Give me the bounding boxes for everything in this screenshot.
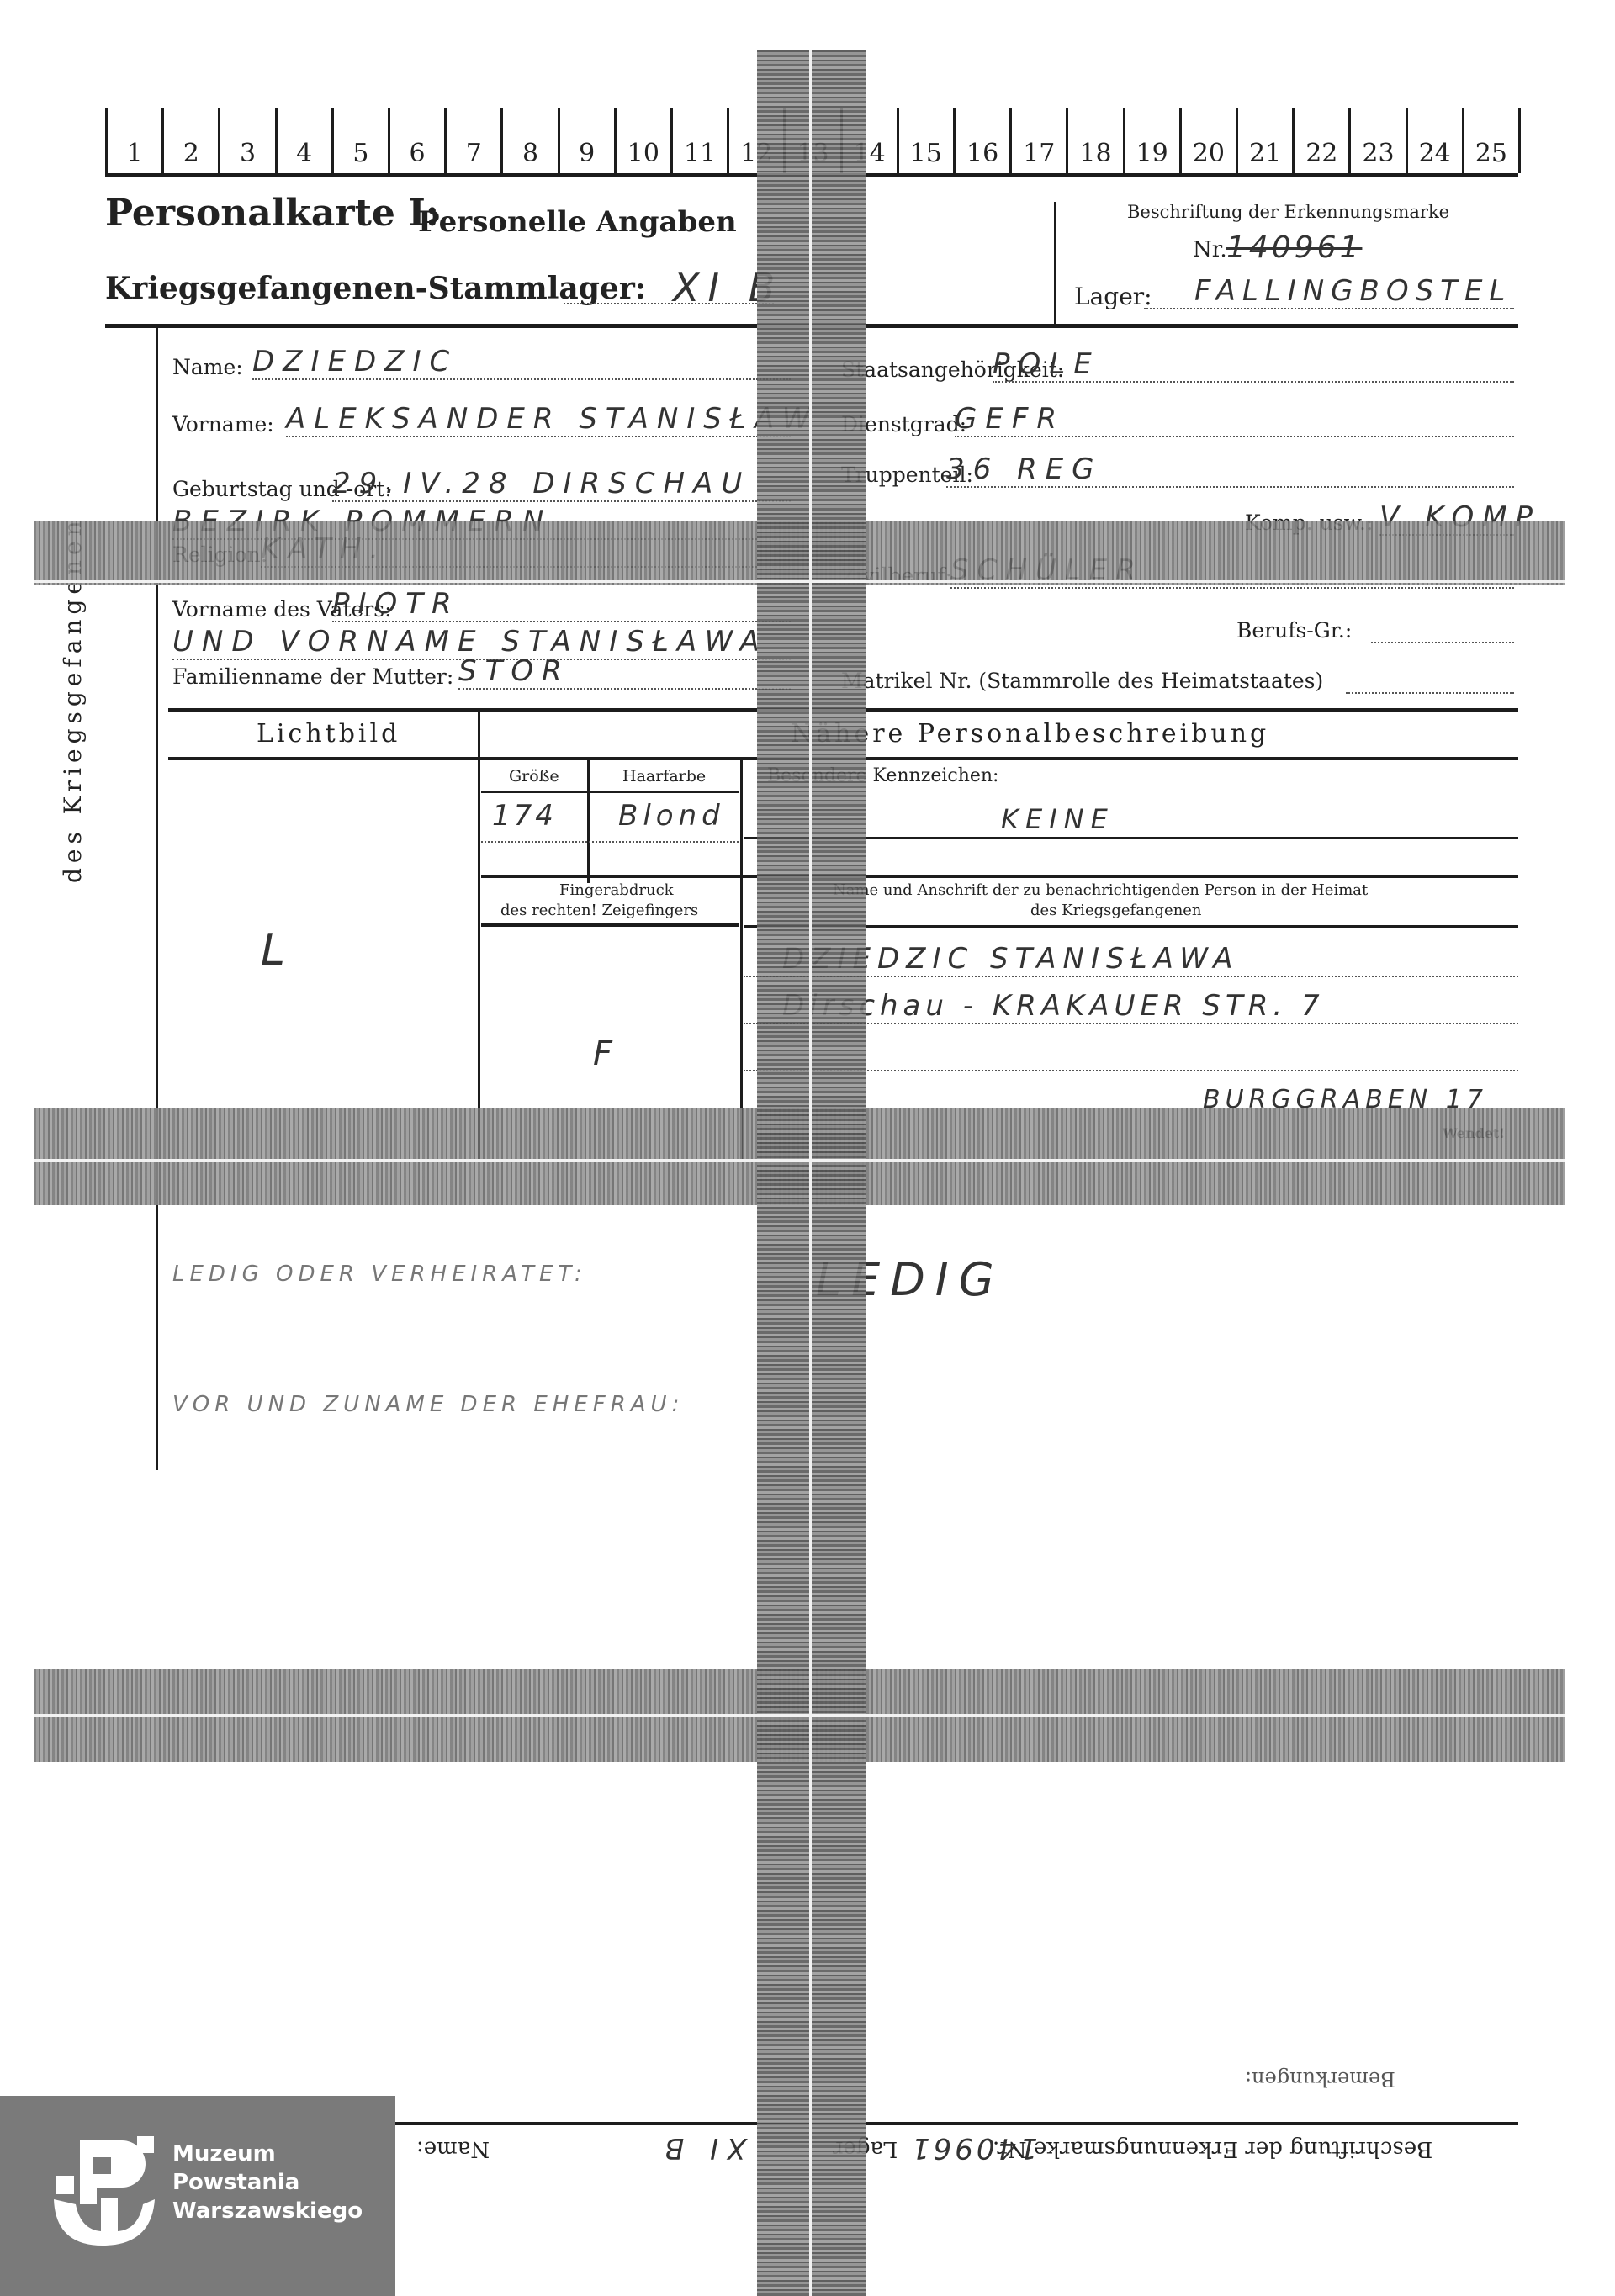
scanned-pow-personal-card: { "ruler": { "numbers": ["1","2","3","4"… (0, 0, 1615, 2296)
header-divider (1054, 202, 1056, 324)
ruler-cell: 15 (897, 108, 953, 173)
fingerprint-label-1: Fingerabdruck (559, 881, 674, 899)
left_fields-label: Familienname der Mutter: (172, 664, 453, 689)
footer-lager-value: XI B (656, 2131, 746, 2165)
ruler-cell: 17 (1009, 108, 1066, 173)
right_fields-label: Berufs-Gr.: (1236, 618, 1352, 643)
left_fields-line (458, 688, 791, 690)
height-label: Größe (509, 767, 559, 786)
crease-h3 (34, 1714, 1565, 1717)
left_fields-line (252, 378, 791, 380)
left_fields-label: Vorname: (172, 412, 274, 436)
ruler-end (1518, 108, 1521, 173)
ruler-cell: 16 (953, 108, 1009, 173)
contact-label-2: des Kriegsgefangenen (1030, 902, 1202, 919)
hair-value: Blond (618, 799, 725, 833)
ruler-cell: 1 (105, 108, 161, 173)
right_fields-label: Matrikel Nr. (Stammrolle des Heimatstaat… (841, 669, 1323, 693)
ruler-cell: 21 (1236, 108, 1292, 173)
ruler-cell: 8 (500, 108, 557, 173)
watermark-line-2: Powstania (172, 2168, 363, 2197)
left_fields-value: PIOTR (332, 587, 460, 621)
right_fields-line (1346, 692, 1514, 694)
ruler-cell: 22 (1292, 108, 1348, 173)
erkennungsmarke-heading: Beschriftung der Erkennungsmarke (1127, 202, 1449, 222)
watermark-line-1: Muzeum (172, 2140, 363, 2168)
nr-label: Nr. (1193, 237, 1227, 262)
footer-nr-value: 140961 (908, 2131, 1038, 2165)
ruler-cell: 7 (444, 108, 500, 173)
left_fields-value: STOR (458, 654, 570, 688)
height-value: 174 (492, 799, 557, 833)
footer-name-label: Name: (416, 2136, 490, 2161)
fold-band-vertical (757, 50, 866, 2296)
left_fields-line (286, 436, 791, 437)
ruler-cell: 2 (161, 108, 218, 173)
crease-h1 (34, 580, 1565, 583)
left_fields-label: Name: (172, 355, 243, 379)
right_fields-line (950, 587, 1514, 589)
right_fields-line (955, 436, 1514, 437)
card-title: Personalkarte I: (105, 192, 439, 235)
right_fields-value: POLE (993, 347, 1100, 381)
fingerprint-top-rule (481, 875, 1518, 878)
left_fields-line (332, 500, 791, 502)
left_fields-line (332, 621, 791, 622)
ruler-cell: 11 (670, 108, 727, 173)
stammlager-label: Kriegsgefangenen-Stammlager: (105, 271, 646, 306)
left_fields-value: DZIEDZIC (252, 345, 458, 378)
right_fields-line (946, 486, 1514, 488)
right_fields-line (993, 381, 1514, 383)
measure-value-line (481, 841, 739, 843)
lager-value: FALLINGBOSTEL (1194, 274, 1512, 308)
ruler-cell: 20 (1179, 108, 1236, 173)
right_fields-line (1371, 642, 1514, 643)
left_fields-value: ALEKSANDER STANISŁAW (286, 402, 818, 436)
fingerprint-header-rule (481, 923, 739, 927)
marks-value: KEINE (1001, 803, 1115, 835)
right_fields-value: 36 REG (946, 452, 1103, 486)
ruler-cell: 18 (1066, 108, 1122, 173)
contact-label-1: Name und Anschrift der zu benachrichtige… (833, 881, 1368, 899)
ruler-cell: 19 (1123, 108, 1179, 173)
ruler-cell: 5 (331, 108, 388, 173)
ruler-cell: 24 (1406, 108, 1462, 173)
lager-label: Lager: (1074, 283, 1152, 310)
left_fields-value: 29.IV.28 DIRSCHAU (332, 467, 750, 500)
measure-divider (740, 759, 743, 1162)
crease-v (809, 50, 812, 2296)
museum-watermark: Muzeum Powstania Warszawskiego (0, 2096, 395, 2296)
measure-header-rule (481, 791, 739, 793)
ruler-cell: 9 (558, 108, 614, 173)
crease-h2 (34, 1159, 1565, 1162)
left-frame-line (156, 326, 158, 1470)
fingerprint-label-2: des rechten! Zeigefingers (500, 902, 698, 919)
hair-label: Haarfarbe (622, 767, 706, 786)
photo-label: Lichtbild (257, 719, 400, 749)
ruler-cell: 10 (614, 108, 670, 173)
ruler-cell: 6 (388, 108, 444, 173)
bemerkungen-label-inverted: Bemerkungen: (1245, 2067, 1395, 2091)
left_fields-value: UND VORNAME STANISŁAWA (172, 625, 768, 659)
ruler-cell: 25 (1462, 108, 1518, 173)
lager-line (1144, 308, 1514, 309)
right_fields-value: GEFR (955, 402, 1065, 436)
photo-divider (478, 708, 480, 1162)
ruler-cell: 3 (218, 108, 274, 173)
fingerprint-mark: F (593, 1034, 621, 1073)
ruler-cell: 23 (1348, 108, 1405, 173)
marital-label: LEDIG ODER VERHEIRATET: (172, 1262, 587, 1287)
watermark-line-3: Warszawskiego (172, 2197, 363, 2225)
card-subtitle: Personelle Angaben (418, 205, 737, 239)
photo-mark: L (261, 925, 294, 976)
spouse-label: VOR UND ZUNAME DER EHEFRAU: (172, 1392, 684, 1417)
nr-value: 140961 (1226, 230, 1362, 265)
beschriftung-inverted: Beschriftung der Erkennungsmarke Nr. (993, 2136, 1432, 2161)
kotwica-logo-icon (50, 2134, 160, 2247)
height-hair-divider (587, 759, 590, 883)
ruler-cell: 4 (275, 108, 331, 173)
